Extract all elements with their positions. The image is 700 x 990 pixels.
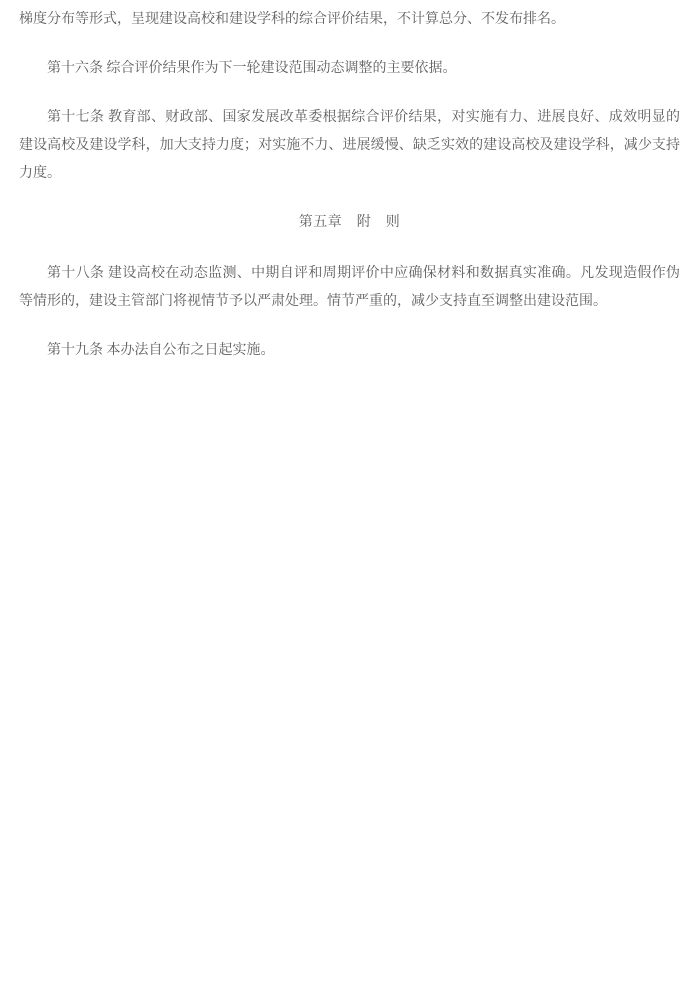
chapter-5-heading: 第五章 附 则 [19, 209, 680, 237]
paragraph-continuation: 梯度分布等形式，呈现建设高校和建设学科的综合评价结果，不计算总分、不发布排名。 [19, 6, 680, 34]
document-page: 梯度分布等形式，呈现建设高校和建设学科的综合评价结果，不计算总分、不发布排名。 … [0, 0, 700, 990]
paragraph-article-16: 第十六条 综合评价结果作为下一轮建设范围动态调整的主要依据。 [19, 55, 680, 83]
paragraph-article-19: 第十九条 本办法自公布之日起实施。 [19, 337, 680, 365]
paragraph-article-18: 第十八条 建设高校在动态监测、中期自评和周期评价中应确保材料和数据真实准确。凡发… [19, 260, 680, 316]
paragraph-article-17: 第十七条 教育部、财政部、国家发展改革委根据综合评价结果，对实施有力、进展良好、… [19, 104, 680, 188]
